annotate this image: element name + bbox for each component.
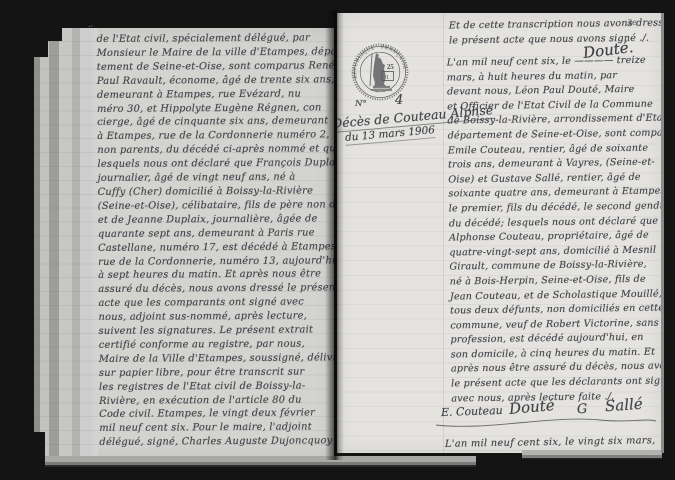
manuscript-line: Maire de la Ville d'Etampes, soussigné, … [99,351,334,367]
manuscript-line: suivent les signatures. Le présent extra… [99,323,334,339]
stamp-sub-value: 1 [386,75,389,81]
manuscript-line: tement de Seine-et-Oise, sont comparus R… [97,59,334,75]
left-page: de l'Etat civil, spécialement délégué, p… [34,28,334,458]
manuscript-line: les registres de l'Etat civil de Boissy-… [99,379,334,395]
register-scan: de l'Etat civil, spécialement délégué, p… [0,0,675,480]
manuscript-line: lesquels nous ont déclaré que François D… [97,156,334,172]
manuscript-line: Cuffy (Cher) domicilié à Boissy-la-Riviè… [98,184,334,200]
signature-salle: Sallé [604,395,643,416]
manuscript-line: Monsieur le Maire de la ville d'Etampes,… [97,45,334,61]
manuscript-line: demeurant à Etampes, rue Evézard, nu [97,87,334,103]
act-number-label: N° [355,99,367,109]
manuscript-line: sur papier libre, pour être transcrit su… [99,365,334,381]
svg-text:RÉPUBLIQUE: RÉPUBLIQUE [352,46,375,78]
corner-mask [34,432,45,480]
stamp-value: 25 [387,64,394,71]
manuscript-line: délégué, signé, Charles Auguste Dujoncqu… [99,434,334,450]
manuscript-line: Castellane, numéro 17, est décédé à Etam… [98,240,334,256]
signature-flourish [432,414,660,430]
manuscript-line: certifié conforme au registre, par nous, [99,337,334,353]
manuscript-line: (Seine-et-Oise), célibataire, fils de pè… [98,198,334,214]
manuscript-line: quarante sept ans, demeurant à Paris rue [98,226,334,242]
right-page-side-edge [661,13,664,453]
book-gutter-shadow [325,10,344,460]
right-page-bottom-edge [522,450,662,459]
manuscript-line: le présent acte que les déclarants ont s… [451,375,662,393]
right-page-margin-line [443,13,444,453]
manuscript-line: Paul Ravault, économe, âgé de trente six… [97,73,334,89]
manuscript-line: L'an mil neuf cent six, le ———— treize [447,54,659,72]
stamp-text-republique: RÉPUBLIQUE [352,46,375,78]
manuscript-line: de l'Etat civil, spécialement délégué, p… [97,31,334,47]
corner-mask [34,41,48,57]
manuscript-line: et de Jeanne Duplaix, journalière, âgée … [98,212,334,228]
act-number-value: 4 [395,93,403,108]
left-page-bottom-edge [42,456,476,467]
right-page: 3e Et de cette transcription nous avons … [337,13,662,453]
corner-mask [34,28,62,41]
marianne-figure-icon [370,53,392,91]
left-page-text: de l'Etat civil, spécialement délégué, p… [97,31,334,450]
